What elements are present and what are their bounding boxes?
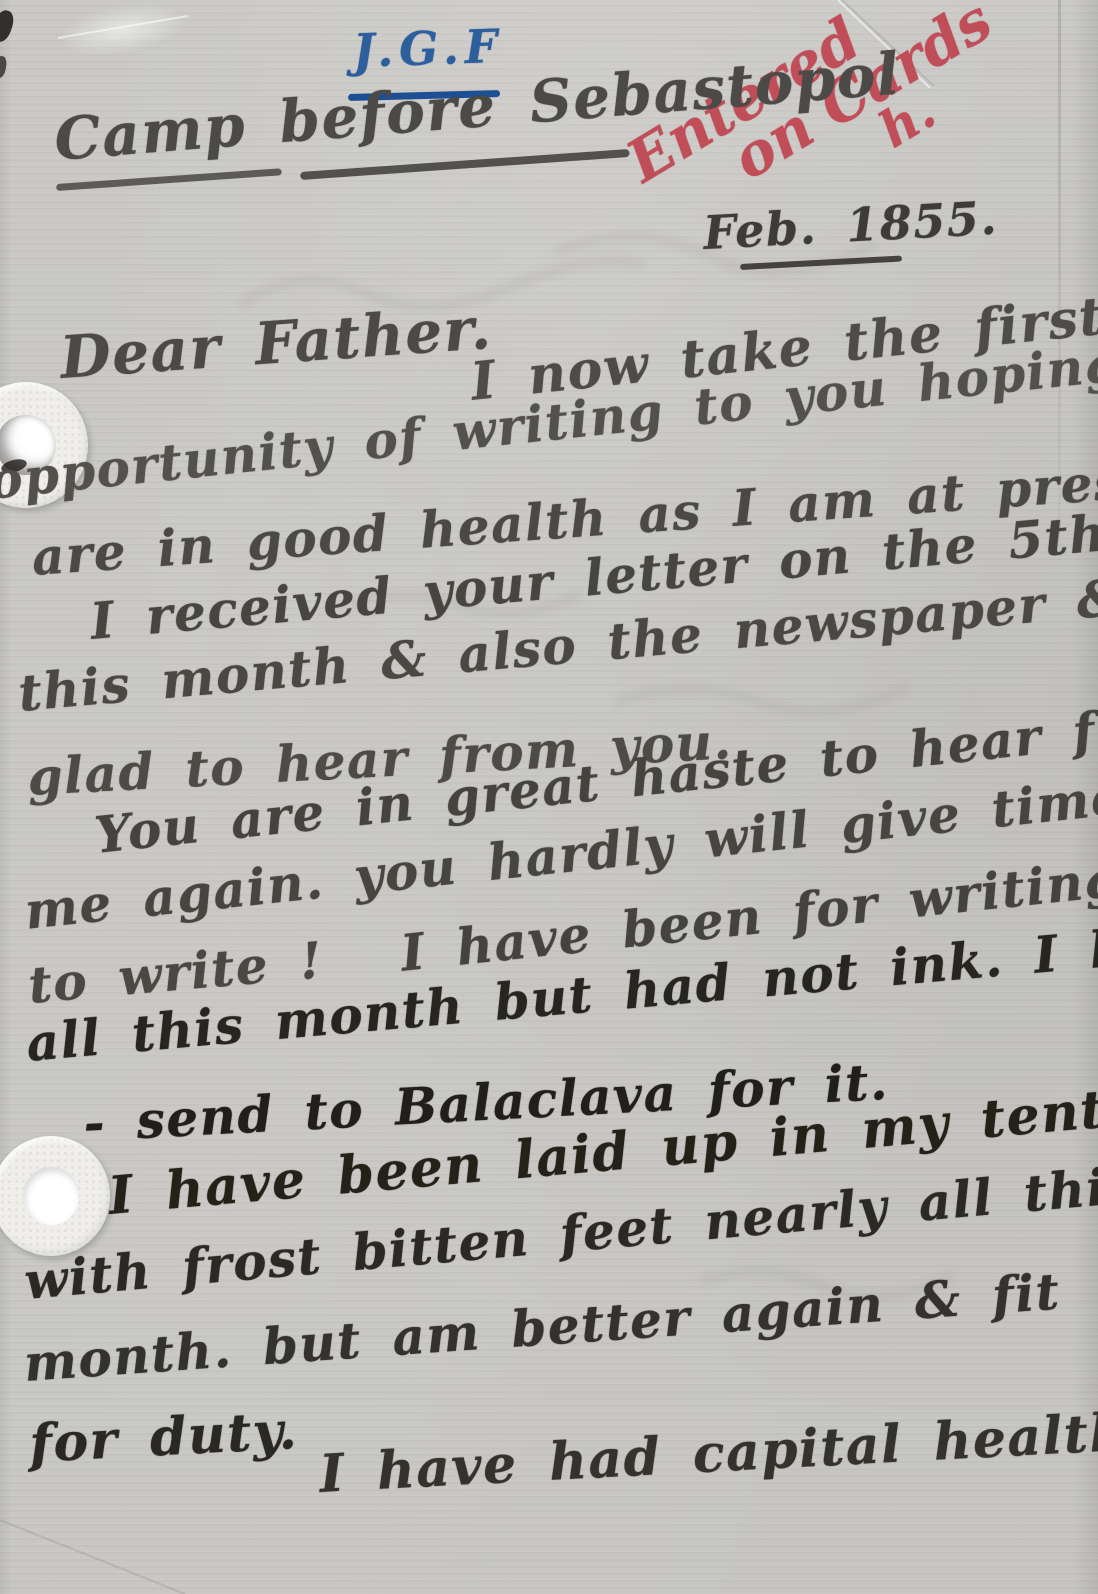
hole-punch-bottom <box>0 1136 110 1256</box>
top-left-crumple <box>49 0 195 67</box>
location-underline <box>56 168 282 191</box>
salutation: Dear Father. <box>58 294 494 392</box>
letter-line-16: for duty. <box>28 1400 299 1475</box>
archivist-initials: J.G.F <box>352 19 504 78</box>
left-edge-shadow <box>0 0 12 1594</box>
location-underline <box>300 149 630 180</box>
letter-line-17: I have had capital health <box>318 1402 1098 1505</box>
letter-page: J.G.F Entered on Cards h. Camp before Se… <box>0 0 1098 1594</box>
hole-punch-opening <box>23 1167 80 1225</box>
